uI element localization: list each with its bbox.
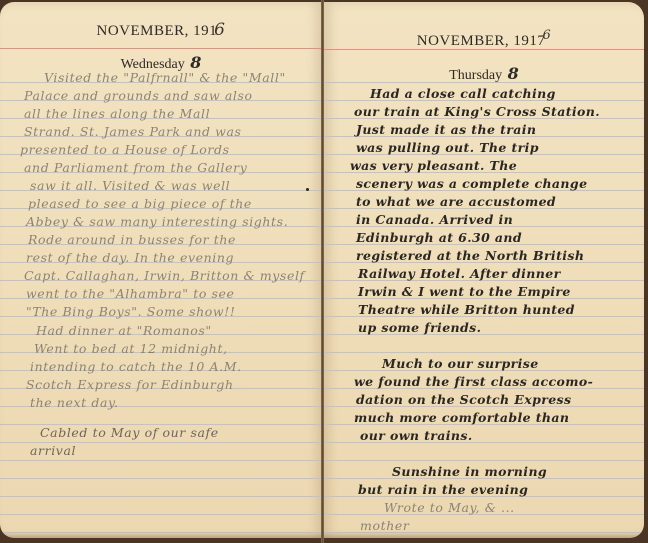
entry-line: went to the "Alhambra" to see: [26, 285, 235, 303]
right-year-correction: 6: [542, 28, 551, 43]
entry-line: Had dinner at "Romanos": [36, 322, 212, 340]
entry-line: Edinburgh at 6.30 and: [356, 229, 522, 247]
entry-line: Rode around in busses for the: [28, 231, 236, 249]
right-month-text: NOVEMBER, 1917: [417, 33, 546, 49]
entry-line: "The Bing Boys". Some show!!: [26, 303, 235, 321]
entry-line: intending to catch the 10 A.M.: [30, 358, 242, 376]
left-page: NOVEMBER, 1916 Wednesday 8 Visited the "…: [0, 2, 322, 538]
entry-line: Scotch Express for Edinburgh: [26, 376, 234, 394]
entry-line: rest of the day. In the evening: [26, 249, 234, 267]
entry-line: all the lines along the Mall: [24, 105, 210, 123]
right-red-rule: [324, 49, 644, 50]
entry-line: presented to a House of Lords: [20, 141, 230, 159]
entry-line: Railway Hotel. After dinner: [358, 265, 561, 283]
entry-line: Sunshine in morning: [392, 463, 547, 481]
entry-line: Had a close call catching: [370, 85, 556, 103]
entry-line: registered at the North British: [356, 247, 584, 265]
entry-line: and Parliament from the Gallery: [24, 159, 247, 177]
entry-line: Strand. St. James Park and was: [24, 123, 242, 141]
entry-line: was pulling out. The trip: [356, 139, 539, 157]
entry-line: dation on the Scotch Express: [356, 391, 571, 409]
entry-line: but rain in the evening: [358, 481, 528, 499]
left-month-header: NOVEMBER, 1916: [0, 20, 322, 40]
entry-line: was very pleasant. The: [350, 157, 517, 175]
entry-line: we found the first class accomo-: [354, 373, 593, 391]
entry-line: saw it all. Visited & was well: [30, 177, 230, 195]
right-page-edge: [324, 532, 644, 538]
right-month-header: NOVEMBER, 19176: [324, 28, 644, 50]
entry-line: up some friends.: [358, 319, 481, 337]
entry-line: Palace and grounds and saw also: [24, 87, 253, 105]
entry-line: Much to our surprise: [382, 355, 539, 373]
entry-line: Cabled to May of our safe: [40, 424, 219, 442]
left-month-text: NOVEMBER, 191: [97, 23, 218, 39]
entry-line: arrival: [30, 442, 76, 460]
entry-line: in Canada. Arrived in: [356, 211, 513, 229]
entry-line: Visited the "Palfrnall" & the "Mall": [44, 69, 286, 87]
entry-line: pleased to see a big piece of the: [28, 195, 252, 213]
entry-line: Wrote to May, & ...: [384, 499, 515, 517]
right-page: NOVEMBER, 19176 Thursday 8 Had a close c…: [324, 2, 644, 538]
entry-line: Irwin & I went to the Empire: [358, 283, 571, 301]
entry-line: our own trains.: [360, 427, 473, 445]
entry-line: to what we are accustomed: [356, 193, 556, 211]
left-year-correction: 6: [214, 20, 225, 40]
entry-line: Abbey & saw many interesting sights.: [26, 213, 288, 231]
entry-line: Just made it as the train: [356, 121, 536, 139]
entry-line: our train at King's Cross Station.: [354, 103, 600, 121]
diary-spread: NOVEMBER, 1916 Wednesday 8 Visited the "…: [0, 0, 648, 543]
entry-line: Went to bed at 12 midnight,: [34, 340, 228, 358]
entry-line: much more comfortable than: [354, 409, 569, 427]
left-red-rule: [0, 48, 322, 49]
entry-line: Capt. Callaghan, Irwin, Britton & myself: [24, 267, 305, 285]
entry-line: scenery was a complete change: [356, 175, 587, 193]
entry-line: Theatre while Britton hunted: [358, 301, 575, 319]
entry-line: the next day.: [30, 394, 119, 412]
ink-speck: [306, 188, 309, 191]
left-page-edge: [0, 532, 322, 538]
